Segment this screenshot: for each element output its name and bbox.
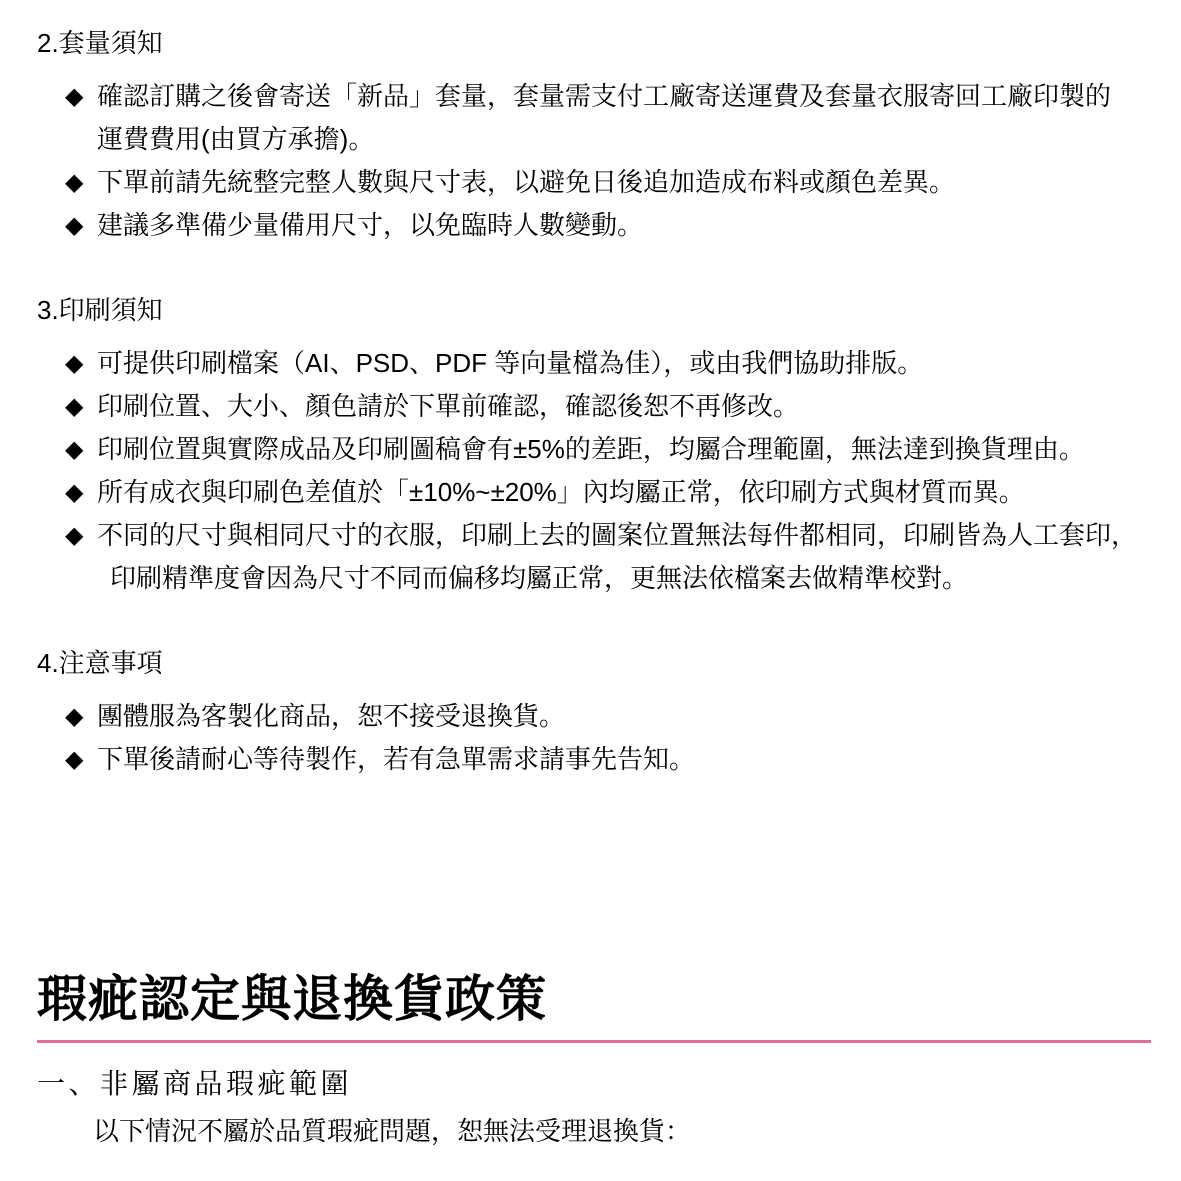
diamond-bullet-icon: ◆ — [65, 204, 97, 247]
policy-divider — [37, 1040, 1151, 1043]
bullet-text-line: 不同的尺寸與相同尺寸的衣服，印刷上去的圖案位置無法每件都相同，印刷皆為人工套印， — [97, 514, 1151, 557]
bullet-item: ◆ 團體服為客製化商品，恕不接受退換貨。 — [37, 695, 1151, 738]
policy-document-page: 2.套量須知 ◆ 確認訂購之後會寄送「新品」套量，套量需支付工廠寄送運費及套量衣… — [0, 0, 1181, 1181]
bullet-list: ◆ 團體服為客製化商品，恕不接受退換貨。 ◆ 下單後請耐心等待製作，若有急單需求… — [37, 695, 1151, 781]
diamond-bullet-icon: ◆ — [65, 75, 97, 118]
diamond-bullet-icon: ◆ — [65, 385, 97, 428]
bullet-item: ◆ 可提供印刷檔案（AI、PSD、PDF 等向量檔為佳），或由我們協助排版。 — [37, 342, 1151, 385]
diamond-bullet-icon: ◆ — [65, 342, 97, 385]
bullet-text-line: 建議多準備少量備用尺寸，以免臨時人數變動。 — [97, 204, 1151, 247]
bullet-text: 不同的尺寸與相同尺寸的衣服，印刷上去的圖案位置無法每件都相同，印刷皆為人工套印，… — [97, 514, 1151, 600]
section-important-notes: 4.注意事項 ◆ 團體服為客製化商品，恕不接受退換貨。 ◆ 下單後請耐心等待製作… — [37, 648, 1151, 781]
policy-subsection-heading: 一、非屬商品瑕疵範圍 — [37, 1069, 1151, 1099]
diamond-bullet-icon: ◆ — [65, 471, 97, 514]
bullet-text-line: 下單前請先統整完整人數與尺寸表，以避免日後追加造成布料或顏色差異。 — [97, 161, 1151, 204]
bullet-list: ◆ 確認訂購之後會寄送「新品」套量，套量需支付工廠寄送運費及套量衣服寄回工廠印製… — [37, 75, 1151, 247]
diamond-bullet-icon: ◆ — [65, 738, 97, 781]
bullet-item: ◆ 確認訂購之後會寄送「新品」套量，套量需支付工廠寄送運費及套量衣服寄回工廠印製… — [37, 75, 1151, 161]
bullet-text: 團體服為客製化商品，恕不接受退換貨。 — [97, 695, 1151, 738]
diamond-bullet-icon: ◆ — [65, 514, 97, 557]
defect-return-policy-section: 瑕疵認定與退換貨政策 一、非屬商品瑕疵範圍 以下情況不屬於品質瑕疵問題，恕無法受… — [37, 971, 1151, 1146]
section-heading: 3.印刷須知 — [37, 295, 1151, 325]
diamond-bullet-icon: ◆ — [65, 161, 97, 204]
bullet-text: 所有成衣與印刷色差值於「±10%~±20%」內均屬正常，依印刷方式與材質而異。 — [97, 471, 1151, 514]
policy-title: 瑕疵認定與退換貨政策 — [37, 971, 1151, 1027]
bullet-text-line: 可提供印刷檔案（AI、PSD、PDF 等向量檔為佳），或由我們協助排版。 — [97, 342, 1151, 385]
diamond-bullet-icon: ◆ — [65, 428, 97, 471]
bullet-item: ◆ 所有成衣與印刷色差值於「±10%~±20%」內均屬正常，依印刷方式與材質而異… — [37, 471, 1151, 514]
section-heading: 2.套量須知 — [37, 28, 1151, 58]
bullet-text: 印刷位置與實際成品及印刷圖稿會有±5%的差距，均屬合理範圍，無法達到換貨理由。 — [97, 428, 1151, 471]
bullet-item: ◆ 印刷位置與實際成品及印刷圖稿會有±5%的差距，均屬合理範圍，無法達到換貨理由… — [37, 428, 1151, 471]
bullet-item: ◆ 下單前請先統整完整人數與尺寸表，以避免日後追加造成布料或顏色差異。 — [37, 161, 1151, 204]
bullet-list: ◆ 可提供印刷檔案（AI、PSD、PDF 等向量檔為佳），或由我們協助排版。 ◆… — [37, 342, 1151, 600]
bullet-text: 確認訂購之後會寄送「新品」套量，套量需支付工廠寄送運費及套量衣服寄回工廠印製的 … — [97, 75, 1151, 161]
bullet-text-line: 所有成衣與印刷色差值於「±10%~±20%」內均屬正常，依印刷方式與材質而異。 — [97, 471, 1151, 514]
section-measurement-notice: 2.套量須知 ◆ 確認訂購之後會寄送「新品」套量，套量需支付工廠寄送運費及套量衣… — [37, 28, 1151, 247]
bullet-text-line: 印刷精準度會因為尺寸不同而偏移均屬正常，更無法依檔案去做精準校對。 — [97, 557, 1151, 600]
bullet-item: ◆ 不同的尺寸與相同尺寸的衣服，印刷上去的圖案位置無法每件都相同，印刷皆為人工套… — [37, 514, 1151, 600]
bullet-text-line: 團體服為客製化商品，恕不接受退換貨。 — [97, 695, 1151, 738]
diamond-bullet-icon: ◆ — [65, 695, 97, 738]
bullet-text: 下單後請耐心等待製作，若有急單需求請事先告知。 — [97, 738, 1151, 781]
bullet-text-line: 確認訂購之後會寄送「新品」套量，套量需支付工廠寄送運費及套量衣服寄回工廠印製的 — [97, 75, 1151, 118]
bullet-text: 下單前請先統整完整人數與尺寸表，以避免日後追加造成布料或顏色差異。 — [97, 161, 1151, 204]
bullet-item: ◆ 印刷位置、大小、顏色請於下單前確認，確認後恕不再修改。 — [37, 385, 1151, 428]
bullet-text-line: 下單後請耐心等待製作，若有急單需求請事先告知。 — [97, 738, 1151, 781]
bullet-item: ◆ 下單後請耐心等待製作，若有急單需求請事先告知。 — [37, 738, 1151, 781]
bullet-text-line: 運費費用(由買方承擔)。 — [97, 118, 1151, 161]
bullet-text-line: 印刷位置與實際成品及印刷圖稿會有±5%的差距，均屬合理範圍，無法達到換貨理由。 — [97, 428, 1151, 471]
section-printing-notice: 3.印刷須知 ◆ 可提供印刷檔案（AI、PSD、PDF 等向量檔為佳），或由我們… — [37, 295, 1151, 600]
bullet-text-line: 印刷位置、大小、顏色請於下單前確認，確認後恕不再修改。 — [97, 385, 1151, 428]
bullet-item: ◆ 建議多準備少量備用尺寸，以免臨時人數變動。 — [37, 204, 1151, 247]
policy-subsection-intro: 以下情況不屬於品質瑕疵問題，恕無法受理退換貨： — [37, 1116, 1151, 1146]
bullet-text: 建議多準備少量備用尺寸，以免臨時人數變動。 — [97, 204, 1151, 247]
section-heading: 4.注意事項 — [37, 648, 1151, 678]
bullet-text: 印刷位置、大小、顏色請於下單前確認，確認後恕不再修改。 — [97, 385, 1151, 428]
bullet-text: 可提供印刷檔案（AI、PSD、PDF 等向量檔為佳），或由我們協助排版。 — [97, 342, 1151, 385]
